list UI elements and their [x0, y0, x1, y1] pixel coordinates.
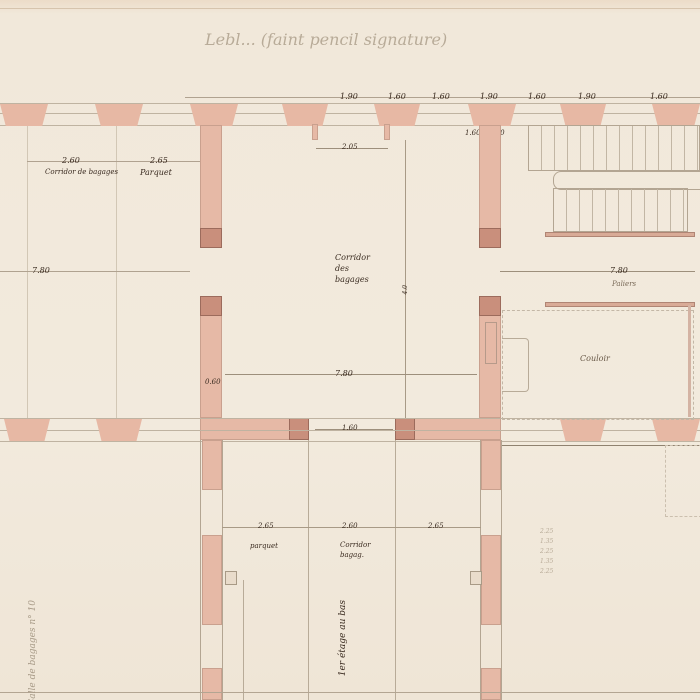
- faint-outline: [665, 445, 700, 517]
- facade-pier: [95, 104, 143, 126]
- column-base: [479, 228, 501, 248]
- pier-thickness: 0.60: [205, 378, 221, 386]
- right-room-wall: [688, 305, 691, 417]
- mid-pier: [560, 419, 606, 441]
- wall-stub: [384, 124, 390, 140]
- facade-pier: [560, 104, 606, 126]
- faint-numbers: 2.25 1.35 2.25 1.35 2.25: [540, 527, 553, 577]
- top-dim-4: 1.90: [480, 92, 498, 101]
- center-room-label: Corridor des bagages: [335, 252, 385, 285]
- top-left-dim-2: 2.65: [150, 156, 168, 165]
- column-base: [200, 228, 222, 248]
- stair-flight-lower: [553, 188, 688, 232]
- wall-lower-left: [202, 668, 222, 700]
- lower-dim-3: 2.65: [428, 522, 444, 530]
- mid-band-line: [0, 441, 700, 442]
- facade-pier: [282, 104, 328, 126]
- facade-pier: [374, 104, 420, 126]
- faint-number: 2.25: [540, 527, 553, 537]
- partition-line: [395, 440, 396, 700]
- right-room-alcove: [502, 338, 529, 392]
- lower-dim-2: 2.60: [342, 522, 358, 530]
- stair-rail: [545, 302, 695, 307]
- column-base: [395, 418, 415, 440]
- facade-pier: [468, 104, 516, 126]
- partition-line: [308, 440, 309, 700]
- mid-pier: [652, 419, 700, 441]
- lower-wall-line: [222, 440, 223, 700]
- top-left-dimension-line: [27, 161, 200, 162]
- column-base: [200, 296, 222, 316]
- wall-lower-left: [202, 440, 222, 490]
- facade-line-top: [0, 103, 700, 104]
- mid-pier: [96, 419, 142, 441]
- partition-line: [243, 580, 244, 700]
- top-dim-1: 1.90: [340, 92, 358, 101]
- mid-pier: [4, 419, 50, 441]
- wall-lower-left: [202, 535, 222, 625]
- lower-dim-1: 2.65: [258, 522, 274, 530]
- stove-mark: [470, 571, 482, 585]
- partition-line: [27, 126, 28, 418]
- left-span-dim: 7.80: [32, 266, 50, 275]
- stair-dimension: 7.80: [610, 266, 628, 275]
- signature: Lebl... (faint pencil signature): [205, 30, 447, 49]
- stair-label: Paliers: [612, 280, 636, 288]
- facade-pier: [0, 104, 48, 126]
- center-top-dim: 2.05: [342, 143, 358, 151]
- faint-number: 1.35: [540, 557, 553, 567]
- stove-mark: [225, 571, 237, 585]
- right-room-outline: [502, 310, 694, 420]
- lower-wall-line: [200, 440, 201, 700]
- left-span-line: [0, 271, 190, 272]
- right-room-label: Couloir: [580, 354, 610, 363]
- bottom-left-note: Salle de bagages n° 10: [28, 600, 38, 700]
- column-base: [479, 296, 501, 316]
- center-span-dim: 7.80: [335, 369, 353, 378]
- floor-plan-sheet: Lebl... (faint pencil signature) 1.90 1.…: [0, 0, 700, 700]
- room-label-corridor: Corridor de bagages: [45, 168, 118, 176]
- faint-number: 1.35: [540, 537, 553, 547]
- wall-lower-right: [481, 668, 501, 700]
- wall-lower-right: [481, 535, 501, 625]
- stair-rail: [545, 232, 695, 237]
- wall-stub: [312, 124, 318, 140]
- top-dim-3: 1.60: [432, 92, 450, 101]
- door-niche: [485, 322, 497, 364]
- top-dim-2: 1.60: [388, 92, 406, 101]
- bottom-line: [0, 692, 700, 693]
- stair-flight-upper: [528, 125, 700, 171]
- faint-number: 2.25: [540, 567, 553, 577]
- top-dim-7: 1.60: [650, 92, 668, 101]
- facade-pier: [652, 104, 700, 126]
- top-dim-6: 1.90: [578, 92, 596, 101]
- passage-dim: 1.60: [342, 424, 358, 432]
- center-axis-line: [405, 140, 406, 420]
- lower-wall-line: [501, 440, 502, 700]
- column-base: [289, 418, 309, 440]
- room-label-parquet-lower: parquet: [250, 542, 278, 550]
- facade-pier: [190, 104, 238, 126]
- paper-edge: [0, 8, 700, 9]
- top-dim-5: 1.60: [528, 92, 546, 101]
- top-left-dim: 2.60: [62, 156, 80, 165]
- faint-number: 2.25: [540, 547, 553, 557]
- room-label-parquet: Parquet: [140, 168, 172, 177]
- vertical-span-dim: 4.0: [402, 285, 409, 295]
- vertical-annotation: 1er étage au bas: [338, 600, 348, 676]
- stair-dimension-line: [500, 271, 695, 272]
- room-label-corridor-lower: Corridor bagag.: [340, 540, 380, 560]
- wall-lower-right: [481, 440, 501, 490]
